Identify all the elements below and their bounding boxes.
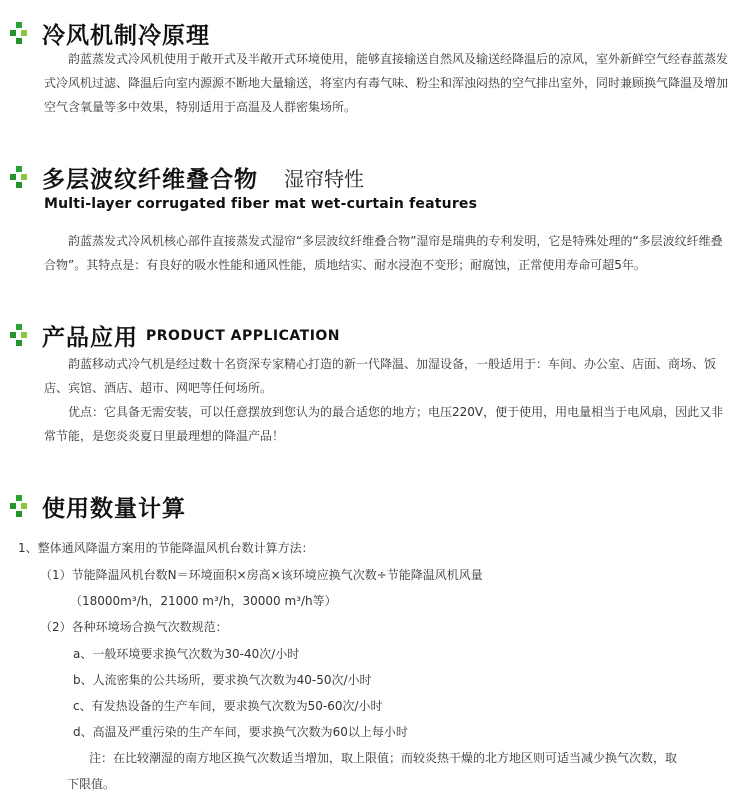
spec-item-c: c、有发热设备的生产车间，要求换气次数为50-60次/小时	[73, 697, 383, 714]
note-line-1: 注：在比较潮湿的南方地区换气次数适当增加，取上限值；而较炎热干燥的北方地区则可适…	[89, 749, 677, 766]
spec-item-d: d、高温及严重污染的生产车间，要求换气次数为60以上每小时	[73, 723, 408, 740]
section-title-product-application: 产品应用 PRODUCT APPLICATION	[8, 319, 340, 352]
green-arrow-bullet-icon	[8, 22, 32, 46]
paragraph-wet-curtain: 韵蓝蒸发式冷风机核心部件直接蒸发式湿帘“多层波纹纤维叠合物”湿帘是瑞典的专利发明…	[44, 229, 734, 277]
paragraph-application: 韵蓝移动式冷气机是经过数十名资深专家精心打造的新一代降温、加湿设备，一般适用于：…	[44, 352, 734, 400]
calc-item-1: 1、整体通风降温方案用的节能降温风机台数计算方法：	[18, 539, 314, 556]
paragraph-advantages: 优点：它具备无需安装，可以任意摆放到您认为的最合适您的地方；电压220V，便于使…	[44, 400, 734, 448]
heading-english: PRODUCT APPLICATION	[146, 328, 340, 344]
heading: 产品应用	[42, 319, 138, 352]
heading-subtitle: 湿帘特性	[284, 163, 364, 192]
note-line-2: 下限值。	[67, 775, 115, 792]
section-title-cooling-principle: 冷风机制冷原理	[8, 17, 210, 50]
calc-formula: （1）节能降温风机台数N＝环境面积×房高×该环境应换气次数÷节能降温风机风量	[40, 566, 483, 583]
heading: 冷风机制冷原理	[42, 17, 210, 50]
green-arrow-bullet-icon	[8, 495, 32, 519]
paragraph-cooling-principle: 韵蓝蒸发式冷风机使用于敞开式及半敞开式环境使用，能够直接输送自然风及输送经降温后…	[44, 47, 734, 119]
spec-item-a: a、一般环境要求换气次数为30-40次/小时	[73, 645, 299, 662]
section-title-wet-curtain: 多层波纹纤维叠合物 湿帘特性	[8, 161, 364, 194]
heading: 使用数量计算	[42, 490, 186, 523]
green-arrow-bullet-icon	[8, 324, 32, 348]
heading: 多层波纹纤维叠合物	[42, 161, 258, 194]
calc-fan-volumes: （18000m³/h，21000 m³/h，30000 m³/h等）	[70, 592, 337, 609]
calc-air-change-spec: （2）各种环境场合换气次数规范：	[40, 618, 228, 635]
green-arrow-bullet-icon	[8, 166, 32, 190]
english-subheading: Multi-layer corrugated fiber mat wet-cur…	[44, 196, 477, 212]
spec-item-b: b、人流密集的公共场所，要求换气次数为40-50次/小时	[73, 671, 372, 688]
section-title-quantity-calculation: 使用数量计算	[8, 490, 186, 523]
